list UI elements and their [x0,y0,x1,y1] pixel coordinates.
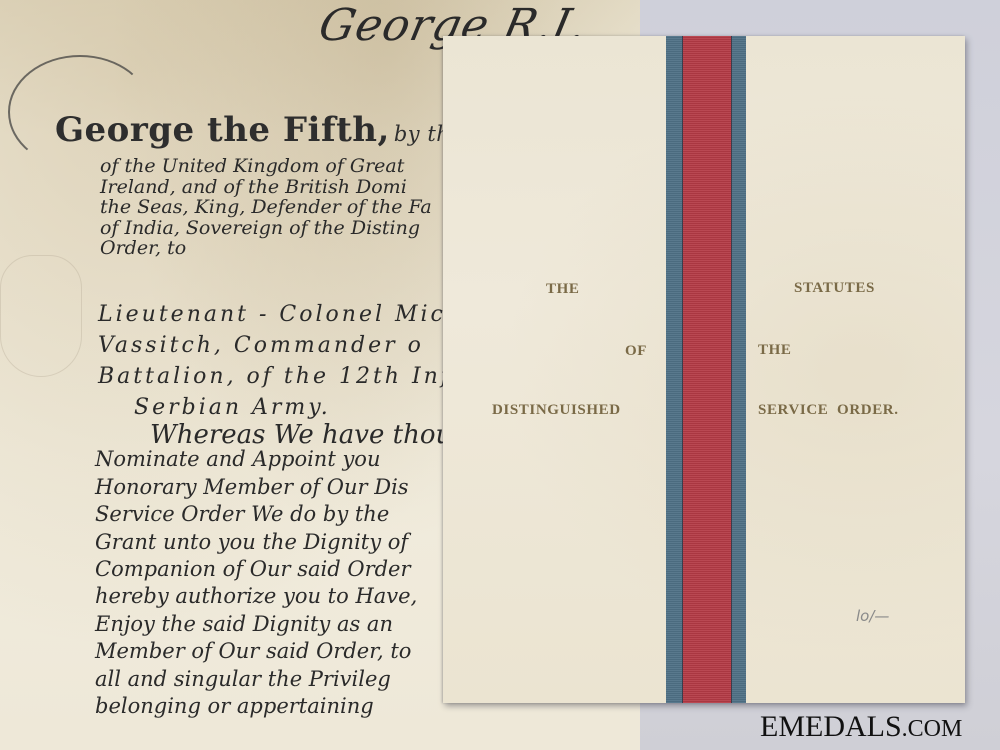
recipient-text: Lieutenant - Colonel Mic Vassitch, Comma… [98,302,458,426]
cover-word-service-order: SERVICE ORDER. [758,402,899,419]
preamble-line: of India, Sovereign of the Disting [100,218,460,239]
body-line: belonging or appertaining [95,694,455,721]
body-line: Enjoy the said Dignity as an [95,612,455,639]
preamble-line: Ireland, and of the British Domi [100,177,460,198]
cover-word-the-right: THE [758,342,791,359]
warrant-body: Whereas We have thoug Nominate and Appoi… [95,420,455,721]
embossed-seal [0,255,82,377]
body-line: all and singular the Privileg [95,667,455,694]
body-line: Service Order We do by the [95,502,455,529]
recipient-line: Battalion, of the 12th Inf [98,364,458,395]
body-line: Nominate and Appoint you [95,447,455,474]
body-line: Grant unto you the Dignity of [95,530,455,557]
emedals-watermark: EMEDALS.COM [760,710,962,744]
body-line: Whereas We have thoug [95,420,455,447]
cover-word-distinguished: DISTINGUISHED [492,402,621,419]
statutes-booklet-cover: THE OF DISTINGUISHED STATUTES THE SERVIC… [443,36,965,703]
warrant-title: George the Fifth,by the [55,110,463,150]
preamble-line: Order, to [100,238,460,259]
recipient-line: Vassitch, Commander o [98,333,458,364]
dso-ribbon [666,36,746,703]
body-line: Honorary Member of Our Dis [95,475,455,502]
watermark-suffix: .COM [902,716,963,742]
cover-word-the: THE [546,281,579,298]
recipient-line: Lieutenant - Colonel Mic [98,302,458,333]
warrant-title-main: George the Fifth, [55,110,390,150]
body-line: Member of Our said Order, to [95,639,455,666]
cover-word-of: OF [625,343,647,360]
preamble-text: of the United Kingdom of Great Ireland, … [100,156,460,259]
watermark-main: EMEDALS [760,710,902,743]
ribbon-red-stripe [682,36,732,703]
preamble-line: the Seas, King, Defender of the Fa [100,197,460,218]
body-line: hereby authorize you to Have, [95,584,455,611]
pencil-annotation: lo/— [856,607,889,625]
body-line: Companion of Our said Order [95,557,455,584]
cover-word-statutes: STATUTES [794,280,875,297]
preamble-line: of the United Kingdom of Great [100,156,460,177]
